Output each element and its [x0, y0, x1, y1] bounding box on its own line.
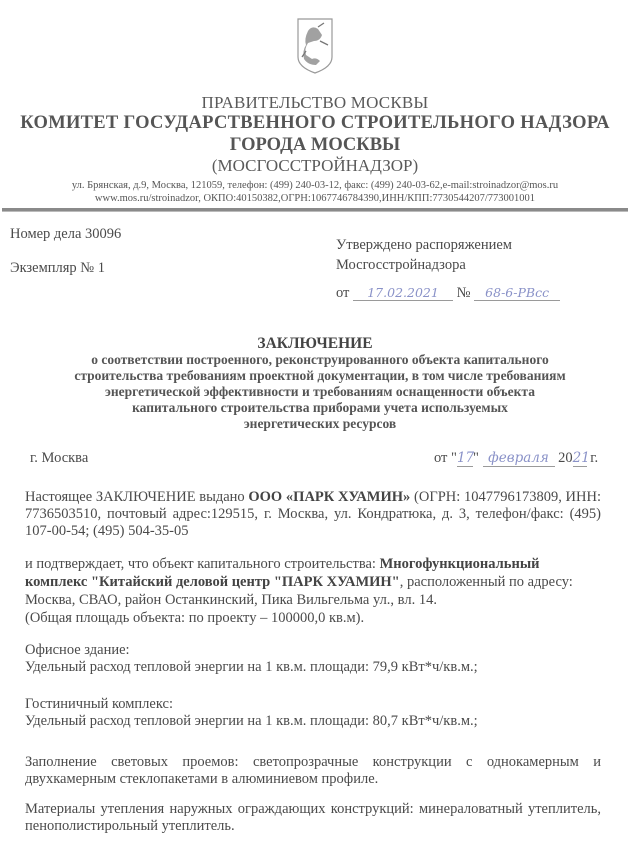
subtitle-line: энергетической эффективности и требовани…: [40, 384, 600, 400]
issue-date: от "17" февраля 2021 г.: [434, 450, 598, 467]
subtitle-line: энергетических ресурсов: [40, 416, 600, 432]
committee-short-name: (МОСГОССТРОЙНАДЗОР): [0, 156, 630, 176]
government-name: ПРАВИТЕЛЬСТВО МОСКВЫ: [0, 93, 630, 113]
hotel-label: Гостиничный комплекс:: [25, 696, 601, 713]
windows-paragraph: Заполнение световых проемов: светопрозра…: [25, 754, 601, 788]
issued-to-paragraph: Настоящее ЗАКЛЮЧЕНИЕ выдано ООО «ПАРК ХУ…: [25, 489, 601, 540]
subtitle-line: о соответствии построенного, реконструир…: [40, 352, 600, 368]
document-subtitle: о соответствии построенного, реконструир…: [40, 352, 600, 432]
hotel-energy-block: Гостиничный комплекс: Удельный расход те…: [25, 696, 601, 730]
issue-city: г. Москва: [30, 450, 88, 467]
office-label: Офисное здание:: [25, 642, 601, 659]
day-handwritten: 17: [457, 450, 473, 467]
order-reference: от 17.02.2021 № 68-6-РВсс: [336, 285, 560, 302]
contacts-address: ул. Брянская, д.9, Москва, 121059, телеф…: [0, 180, 630, 191]
document-title: ЗАКЛЮЧЕНИЕ: [0, 335, 630, 353]
order-from-label: от: [336, 285, 349, 301]
object-paragraph: и подтверждает, что объект капитального …: [25, 555, 601, 627]
approved-line-2: Мосгосстройнадзора: [336, 255, 512, 275]
committee-name: КОМИТЕТ ГОСУДАРСТВЕННОГО СТРОИТЕЛЬНОГО Н…: [0, 113, 630, 134]
object-area: (Общая площадь объекта: по проекту – 100…: [25, 610, 364, 626]
copy-number: Экземпляр № 1: [10, 260, 105, 277]
letterhead-divider: [2, 208, 628, 212]
hotel-value: Удельный расход тепловой энергии на 1 кв…: [25, 713, 601, 730]
order-number-label: №: [457, 285, 471, 301]
case-number: Номер дела 30096: [10, 226, 121, 243]
contacts-registration: www.mos.ru/stroinadzor, ОКПО:40150382,ОГ…: [0, 193, 630, 204]
subtitle-line: капитального строительства приборами уче…: [40, 400, 600, 416]
insulation-paragraph: Материалы утепления наружных ограждающих…: [25, 801, 601, 835]
month-handwritten: февраля: [483, 450, 555, 467]
office-value: Удельный расход тепловой энергии на 1 кв…: [25, 659, 601, 676]
moscow-coat-of-arms-icon: [296, 17, 334, 75]
committee-city: ГОРОДА МОСКВЫ: [0, 135, 630, 156]
order-date-handwritten: 17.02.2021: [353, 285, 453, 301]
year-handwritten: 21: [573, 450, 587, 467]
company-name: ООО «ПАРК ХУАМИН»: [248, 489, 410, 505]
order-number-handwritten: 68-6-РВсс: [474, 285, 560, 301]
office-energy-block: Офисное здание: Удельный расход тепловой…: [25, 642, 601, 676]
subtitle-line: строительства требованиям проектной доку…: [40, 368, 600, 384]
approved-line-1: Утверждено распоряжением: [336, 235, 512, 255]
approval-block: Утверждено распоряжением Мосгосстройнадз…: [336, 235, 512, 275]
